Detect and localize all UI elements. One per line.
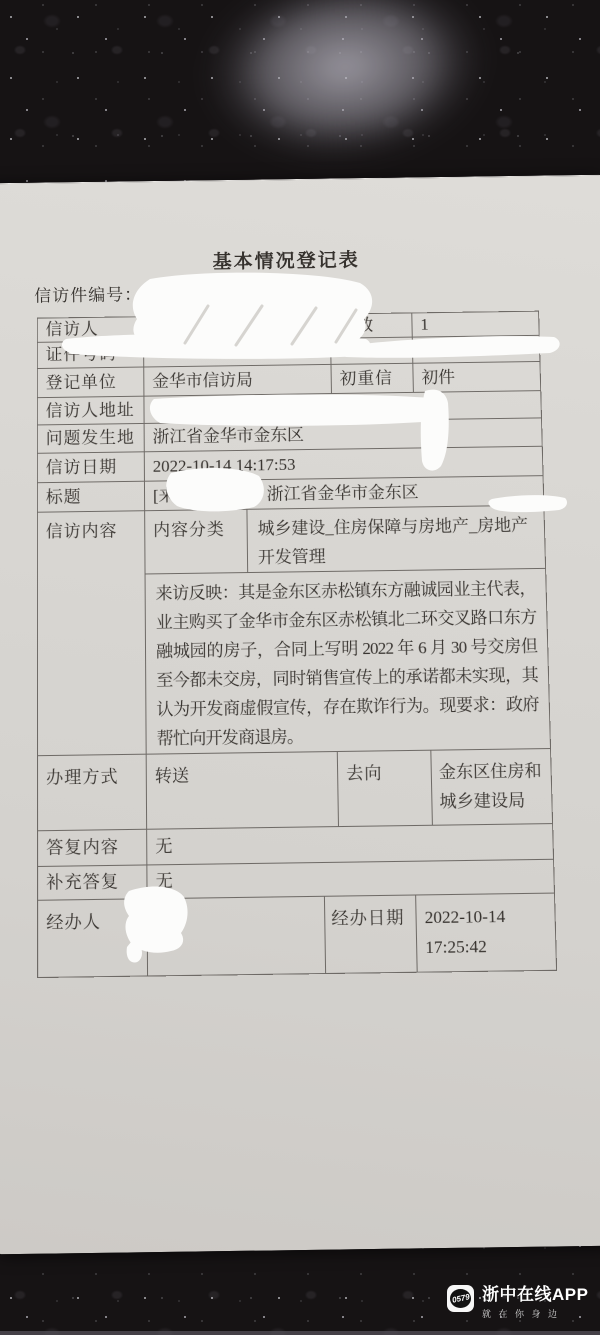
content-category-row: 内容分类 城乡建设_住房保障与房地产_房地产开发管理 xyxy=(145,506,545,575)
subject-suffix: 浙江省金华市金东区 xyxy=(267,483,419,504)
subject-prefix: [来 xyxy=(153,486,176,505)
content-description: 来访反映：其是金东区赤松镇东方融诚园业主代表，业主购买了金华市金东区赤松镇北二环… xyxy=(146,569,550,754)
place-value: 浙江省金华市金东区 xyxy=(144,418,542,451)
logo-text: 0579 xyxy=(451,1292,470,1305)
row-content: 信访内容 内容分类 城乡建设_住房保障与房地产_房地产开发管理 来访反映：其是金… xyxy=(38,505,550,756)
place-label: 问题发生地 xyxy=(38,424,144,453)
phone-label-redacted xyxy=(330,338,412,364)
registration-form: 基本情况登记表 信访件编号： 信访人 人数 1 证件号码 xyxy=(31,177,551,973)
ref-number-line: 信访件编号： xyxy=(32,279,541,308)
method-value: 转送 xyxy=(146,752,338,829)
app-slogan: 就在你身边 xyxy=(482,1307,588,1320)
paper-document: 基本情况登记表 信访件编号： 信访人 人数 1 证件号码 xyxy=(0,175,600,1254)
register-unit-value: 金华市信访局 xyxy=(143,365,331,396)
form-table: 信访人 人数 1 证件号码 登记单位 金华市信访局 初重信 初件 xyxy=(37,311,557,978)
light-reflection xyxy=(194,0,496,176)
petition-date-value: 2022-10-14 14:17:53 xyxy=(144,447,543,481)
category-label: 内容分类 xyxy=(145,510,248,574)
app-logo-icon: 0579 xyxy=(447,1285,474,1312)
row-handler: 经办人 经办日期 2022-10-14 17:25:42 xyxy=(38,893,556,977)
petition-date-label: 信访日期 xyxy=(38,452,144,482)
photo-countertop-background: 基本情况登记表 信访件编号： 信访人 人数 1 证件号码 xyxy=(0,0,600,1335)
content-label: 信访内容 xyxy=(38,511,146,755)
id-number-value-redacted xyxy=(143,339,330,367)
address-label: 信访人地址 xyxy=(38,397,144,425)
subject-value: [来浙江省金华市金东区 xyxy=(144,476,543,510)
supplement-value: 无 xyxy=(146,860,554,898)
row-supplement: 补充答复 无 xyxy=(38,859,554,900)
people-count-value: 1 xyxy=(411,312,538,337)
register-unit-label: 登记单位 xyxy=(38,368,144,398)
handler-label: 经办人 xyxy=(38,899,147,977)
method-label: 办理方式 xyxy=(38,755,146,831)
phone-value-redacted xyxy=(412,336,540,363)
supplement-label: 补充答复 xyxy=(38,865,146,899)
address-value-redacted xyxy=(143,391,541,423)
handle-date-label: 经办日期 xyxy=(324,896,417,973)
id-number-label: 证件号码 xyxy=(38,341,143,368)
content-column: 内容分类 城乡建设_住房保障与房地产_房地产开发管理 来访反映：其是金东区赤松镇… xyxy=(144,506,550,754)
petitioner-value-redacted xyxy=(143,315,330,341)
watermark-text: 浙中在线APP 就在你身边 xyxy=(482,1285,588,1320)
row-reply: 答复内容 无 xyxy=(38,823,553,866)
handler-value-redacted xyxy=(147,897,326,976)
first-or-repeat-label: 初重信 xyxy=(331,364,413,393)
image-bottom-edge xyxy=(0,1331,600,1335)
destination-label: 去向 xyxy=(337,751,432,826)
reply-value: 无 xyxy=(146,824,553,864)
petitioner-label: 信访人 xyxy=(38,317,143,342)
reply-label: 答复内容 xyxy=(38,830,146,866)
subject-label: 标题 xyxy=(38,482,144,512)
people-count-label: 人数 xyxy=(330,313,412,337)
subject-redacted-gap xyxy=(176,500,267,501)
form-title: 基本情况登记表 xyxy=(32,247,541,278)
handle-date-value: 2022-10-14 17:25:42 xyxy=(415,894,556,972)
category-value: 城乡建设_住房保障与房地产_房地产开发管理 xyxy=(247,506,545,572)
first-or-repeat-value: 初件 xyxy=(412,362,540,392)
app-name: 浙中在线APP xyxy=(482,1285,588,1304)
watermark: 0579 浙中在线APP 就在你身边 xyxy=(447,1285,588,1320)
logo-swirl: 0579 xyxy=(450,1289,471,1308)
destination-value: 金东区住房和城乡建设局 xyxy=(430,749,552,825)
ref-number-label: 信访件编号： xyxy=(34,285,142,306)
row-method: 办理方式 转送 去向 金东区住房和城乡建设局 xyxy=(38,748,552,830)
